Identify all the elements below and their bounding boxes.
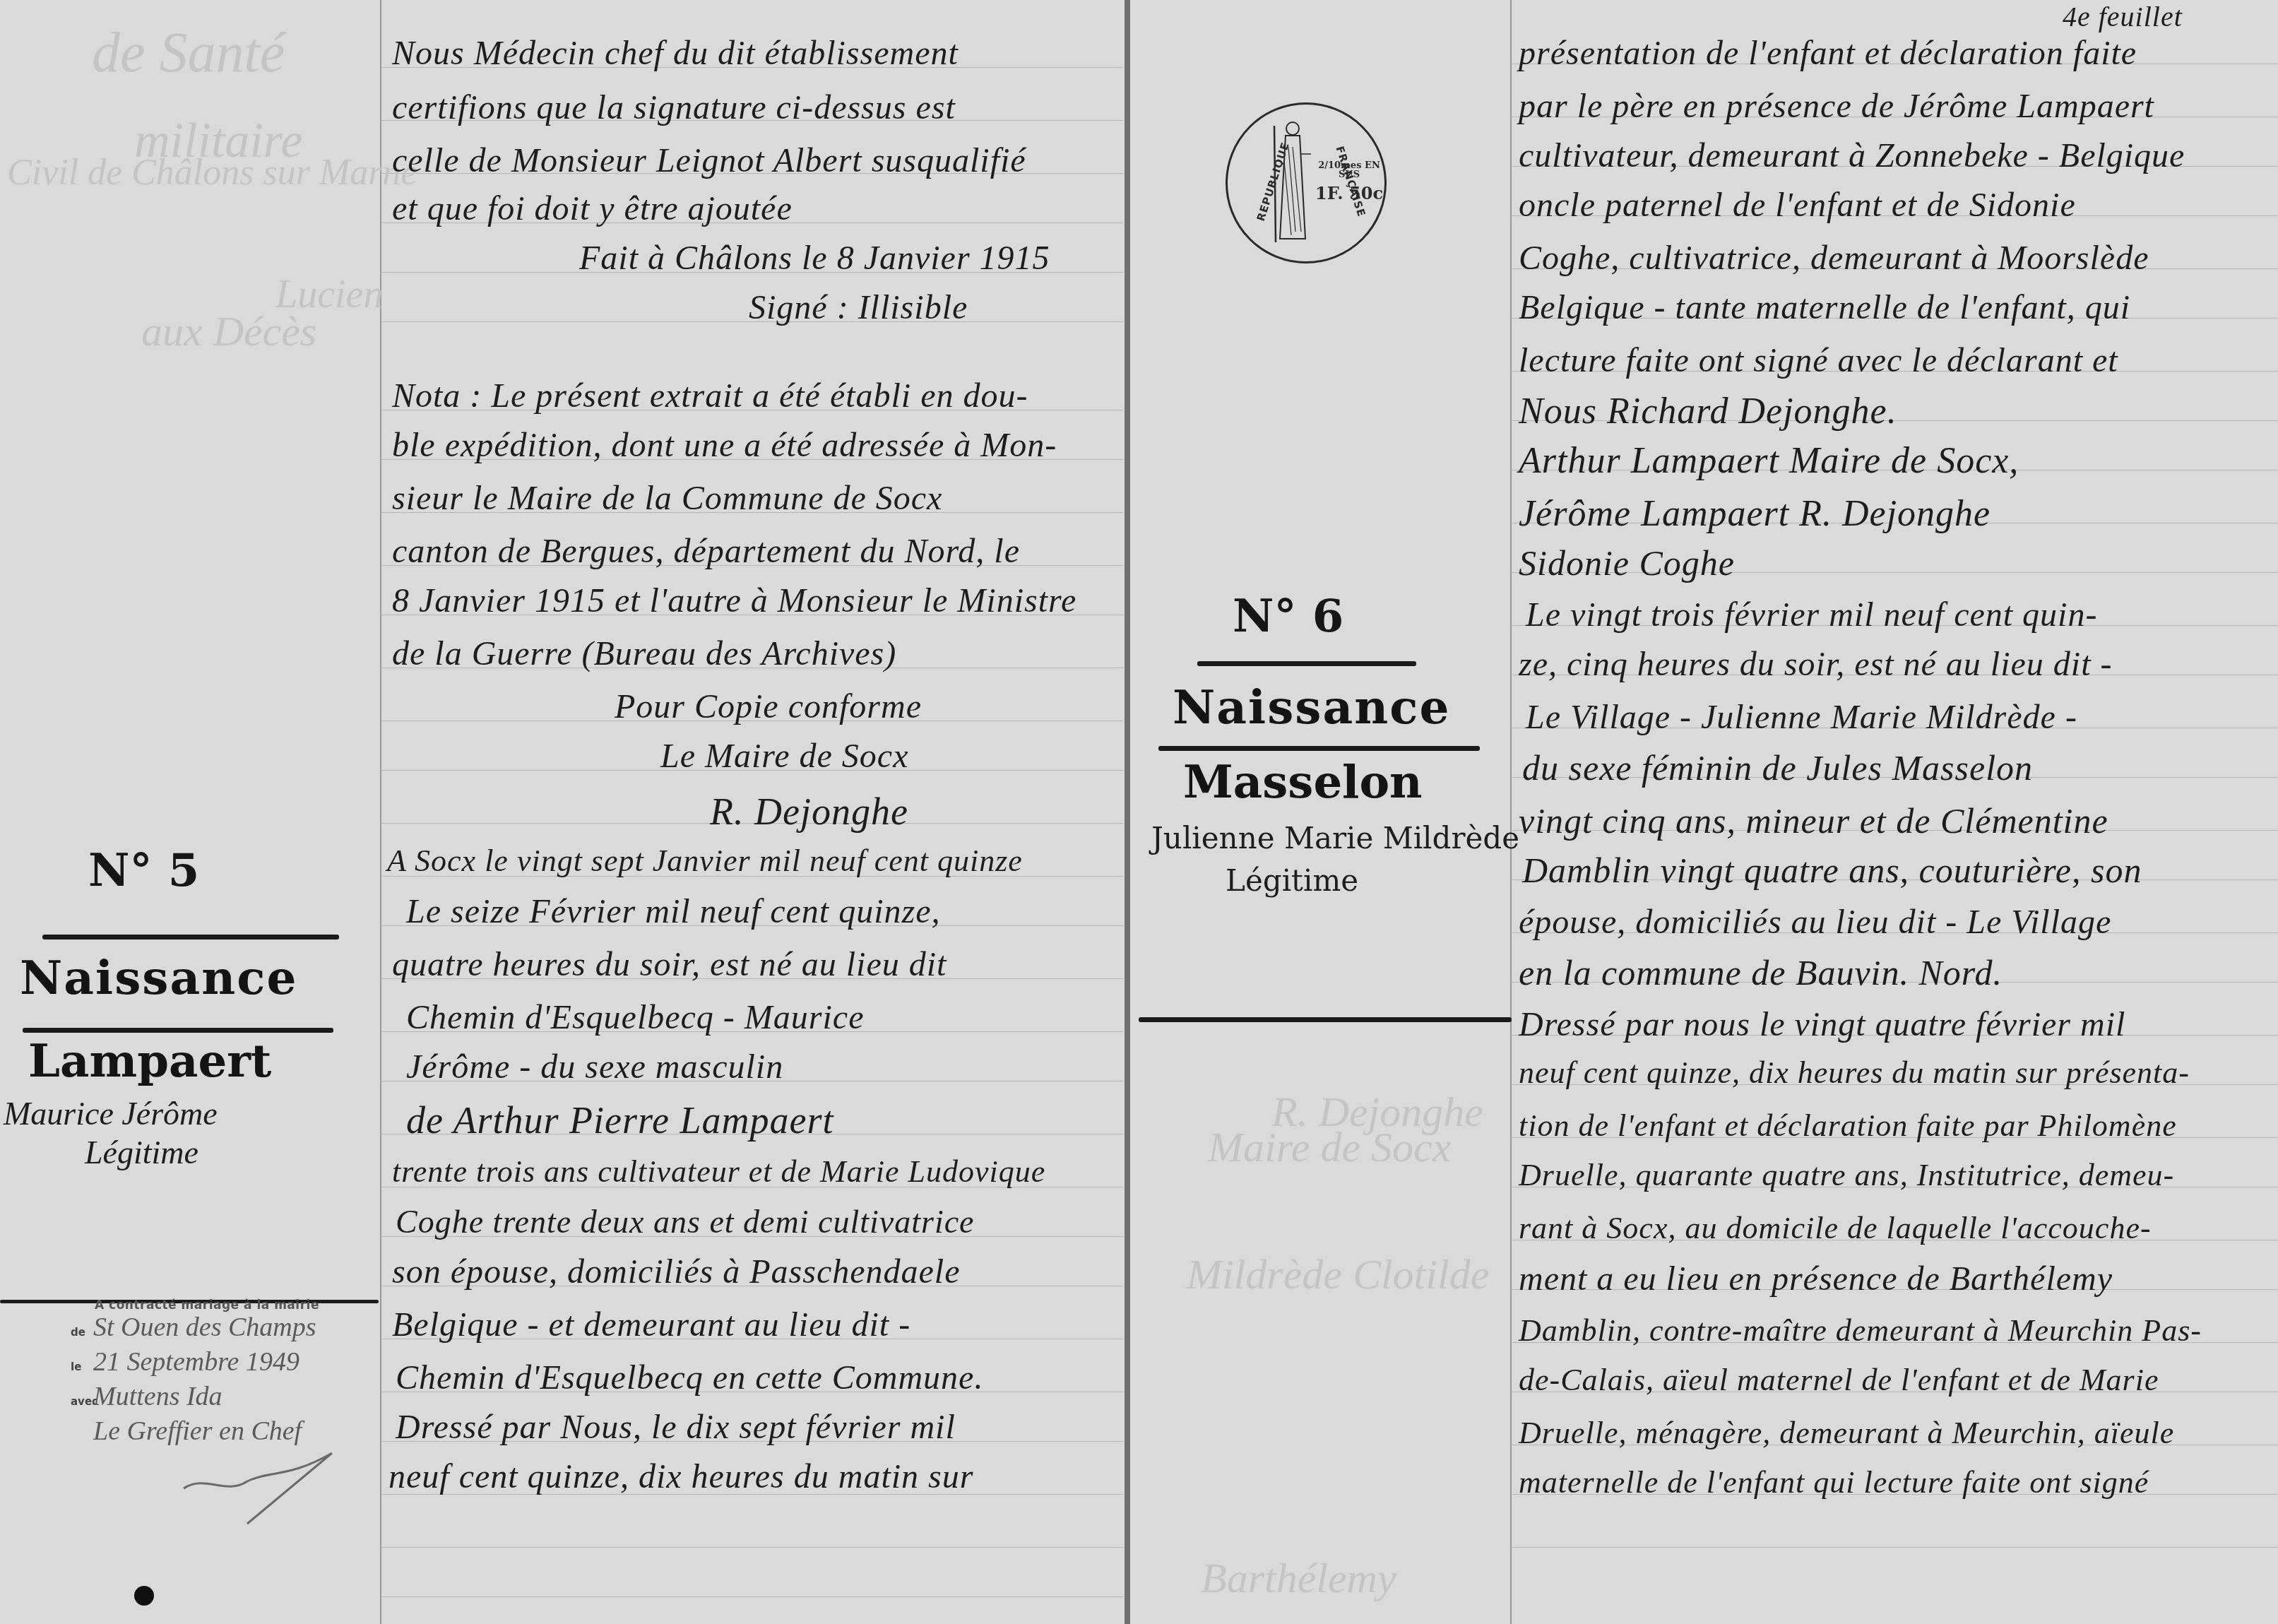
body-line: Nous Médecin chef du dit établissement [392,34,959,73]
body-line: Dressé par Nous, le dix sept février mil [396,1408,956,1447]
body-line: Chemin d'Esquelbecq en cette Commune. [396,1358,983,1397]
margin-note-prefix: le [71,1352,93,1382]
bleed-through-text: Mildrède Clotilde [1187,1250,1489,1299]
body-line: Le Village - Julienne Marie Mildrède - [1526,698,2077,737]
bleed-through-text: aux Décès [141,307,316,356]
left-page: de Santé militaire Civil de Châlons sur … [0,0,1125,1624]
body-line: de Arthur Pierre Lampaert [406,1098,834,1142]
body-line: ble expédition, dont une a été adressée … [392,426,1057,465]
entry-status: Légitime [85,1134,198,1171]
entry-surname: Masselon [1183,756,1423,809]
margin-note-header: A contracté mariage à la mairie [95,1298,353,1312]
body-line: cultivateur, demeurant à Zonnebeke - Bel… [1519,136,2185,175]
signatures-line: Sidonie Coghe [1519,543,1735,583]
body-line: Jérôme - du sexe masculin [406,1048,783,1086]
body-line: sieur le Maire de la Commune de Socx [392,479,942,518]
body-line: Coghe, cultivatrice, demeurant à Moorslè… [1519,239,2149,278]
bleed-through-text: Barthélemy [1201,1554,1396,1603]
signatures-line: Arthur Lampaert Maire de Socx, [1519,440,2019,482]
body-line: Dressé par nous le vingt quatre février … [1519,1005,2125,1044]
body-line: rant à Socx, au domicile de laquelle l'a… [1519,1210,2152,1246]
body-line: Chemin d'Esquelbecq - Maurice [406,998,864,1037]
ruled-line [381,1547,1123,1548]
binding-hole-icon [134,1586,154,1606]
marriage-spouse: Muttens Ida [93,1382,223,1411]
margin-note-prefix: de [71,1317,93,1347]
body-line: Signé : Illisible [749,288,968,327]
bleed-through-text: Civil de Châlons sur Marne [7,152,417,194]
body-line: oncle paternel de l'enfant et de Sidonie [1519,186,2076,225]
marriage-place: St Ouen des Champs [93,1312,316,1342]
body-line: épouse, domiciliés au lieu dit - Le Vill… [1519,903,2111,942]
body-line: Coghe trente deux ans et demi cultivatri… [396,1203,975,1240]
bleed-through-text: de Santé [92,21,285,85]
body-line: de la Guerre (Bureau des Archives) [392,634,896,673]
entry-number: N° 5 [88,844,199,897]
marriage-margin-note: A contracté mariage à la mairie deSt Oue… [71,1298,353,1534]
body-line: Belgique - et demeurant au lieu dit - [392,1305,910,1344]
body-line: Pour Copie conforme [615,687,922,726]
body-line: par le père en présence de Jérôme Lampae… [1519,87,2154,126]
greffier-signature-icon [170,1446,353,1531]
body-line: lecture faite ont signé avec le déclaran… [1519,341,2118,380]
signatures-line: Jérôme Lampaert R. Dejonghe [1519,493,1991,535]
margin-divider [1510,0,1512,1624]
entry-number: N° 6 [1233,590,1343,643]
body-line: Nous Richard Dejonghe. [1519,391,1897,432]
body-line: du sexe féminin de Jules Masselon [1522,747,2033,788]
body-line: celle de Monsieur Leignot Albert susqual… [392,141,1026,180]
act-type: Naissance [1173,680,1450,735]
body-line: présentation de l'enfant et déclaration … [1519,34,2137,73]
body-line: de-Calais, aïeul maternel de l'enfant et… [1519,1362,2159,1398]
body-line: neuf cent quinze, dix heures du matin su… [1519,1055,2190,1091]
header-rule [42,935,339,940]
margin-note-prefix: avec [71,1387,93,1416]
body-line: canton de Bergues, département du Nord, … [392,532,1020,571]
body-line: Belgique - tante maternelle de l'enfant,… [1519,288,2130,327]
marriage-date: 21 Septembre 1949 [93,1347,299,1377]
fiscal-stamp: REPUBLIQUE FRANÇAISE 2/10mes EN SUS 1F. … [1226,102,1387,263]
stamp-value: 2/10mes EN SUS 1F. 50c [1314,161,1384,202]
body-line: Damblin vingt quatre ans, couturière, so… [1522,850,2142,891]
entry-separator [1139,1017,1512,1022]
body-line: A Socx le vingt sept Janvier mil neuf ce… [387,843,1023,879]
body-line: Druelle, quarante quatre ans, Institutri… [1519,1157,2174,1193]
body-line: 8 Janvier 1915 et l'autre à Monsieur le … [392,581,1076,620]
body-line: Druelle, ménagère, demeurant à Meurchin,… [1519,1415,2174,1451]
entry-given-names: Maurice Jérôme [4,1095,218,1132]
body-line: Le Maire de Socx [660,737,908,776]
body-line: son épouse, domiciliés à Passchendaele [392,1252,961,1291]
body-line: quatre heures du soir, est né au lieu di… [392,945,947,984]
act-type: Naissance [20,950,297,1005]
header-rule [1197,661,1416,666]
body-line: Fait à Châlons le 8 Janvier 1915 [579,239,1050,278]
folio-note: 4e feuillet [2063,0,2183,33]
body-line: Damblin, contre-maître demeurant à Meurc… [1519,1312,2202,1349]
mayor-signature: R. Dejonghe [710,790,908,834]
stamp-price: 1F. 50c [1314,185,1384,202]
header-rule [1158,746,1480,751]
body-line: maternelle de l'enfant qui lecture faite… [1519,1464,2149,1500]
body-line: vingt cinq ans, mineur et de Clémentine [1519,800,2108,841]
body-line: Le vingt trois février mil neuf cent qui… [1526,595,2097,634]
bleed-through-text: Maire de Socx [1208,1123,1451,1172]
entry-given-names: Julienne Marie Mildrède [1151,821,1519,855]
entry-status: Légitime [1226,863,1358,898]
header-rule [23,1028,333,1033]
margin-note-signatory: Le Greffier en Chef [93,1416,353,1446]
entry-surname: Lampaert [28,1035,271,1088]
margin-divider [380,0,381,1624]
body-line: Le seize Février mil neuf cent quinze, [406,892,940,931]
body-line: Nota : Le présent extrait a été établi e… [392,377,1028,415]
body-line: ze, cinq heures du soir, est né au lieu … [1519,645,2112,684]
stamp-decime: 2/10mes EN SUS [1314,161,1384,179]
body-line: tion de l'enfant et déclaration faite pa… [1519,1108,2177,1144]
body-line: certifions que la signature ci-dessus es… [392,88,956,127]
body-line: ment a eu lieu en présence de Barthélemy [1519,1260,2113,1298]
ruled-line [1512,1547,2278,1548]
marianne-justice-figure-icon [1270,119,1312,246]
ruled-line [381,1596,1123,1597]
book-gutter [1125,0,1130,1624]
body-line: neuf cent quinze, dix heures du matin su… [388,1457,973,1496]
body-line: et que foi doit y être ajoutée [392,189,793,228]
body-line: en la commune de Bauvin. Nord. [1519,952,2003,993]
body-line: trente trois ans cultivateur et de Marie… [392,1154,1045,1190]
